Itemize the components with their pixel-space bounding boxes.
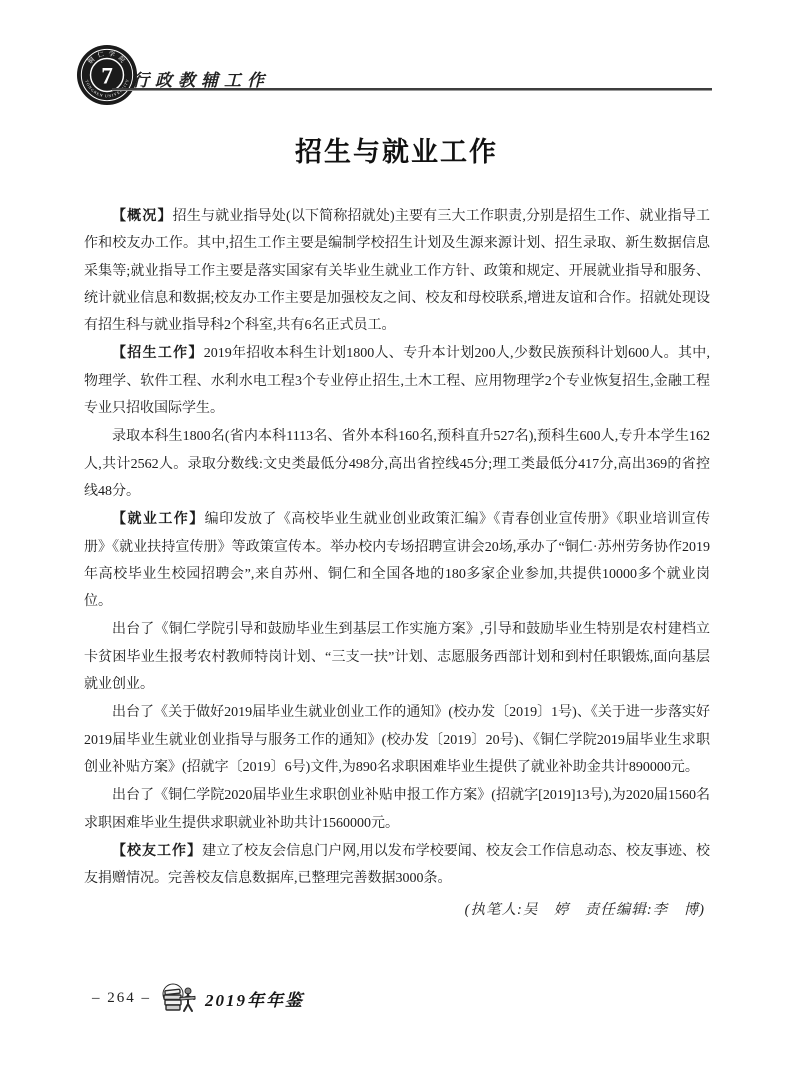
paragraph-2020-subsidy: 出台了《铜仁学院2020届毕业生求职创业补贴申报工作方案》(招就字[2019]1… [84, 781, 710, 837]
paragraph-lead: 【概况】 [112, 207, 173, 223]
paragraph-alumni: 【校友工作】建立了校友会信息门户网,用以发布学校要闻、校友会工作信息动态、校友事… [84, 837, 710, 893]
paragraph-lead: 【校友工作】 [112, 842, 202, 858]
paragraph-admissions: 【招生工作】2019年招收本科生计划1800人、专升本计划200人,少数民族预科… [84, 339, 710, 422]
yearbook-mascot-icon [160, 982, 196, 1014]
paragraph-overview: 【概况】招生与就业指导处(以下简称招就处)主要有三大工作职责,分别是招生工作、就… [84, 202, 710, 339]
paragraph-lead: 【就业工作】 [112, 510, 205, 526]
paragraph-lead: 【招生工作】 [112, 344, 204, 360]
page-title: 招生与就业工作 [0, 130, 793, 169]
paragraph-text: 出台了《铜仁学院2020届毕业生求职创业补贴申报工作方案》(招就字[2019]1… [84, 788, 710, 830]
svg-text:7: 7 [101, 64, 113, 90]
paragraph-employment: 【就业工作】编印发放了《高校毕业生就业创业政策汇编》《青春创业宣传册》《职业培训… [84, 505, 710, 615]
header-rule [112, 88, 712, 91]
paragraph-text: 招生与就业指导处(以下简称招就处)主要有三大工作职责,分别是招生工作、就业指导工… [84, 209, 710, 333]
paragraph-text: 出台了《铜仁学院引导和鼓励毕业生到基层工作实施方案》,引导和鼓励毕业生特别是农村… [84, 622, 710, 692]
paragraph-grassroots-plan: 出台了《铜仁学院引导和鼓励毕业生到基层工作实施方案》,引导和鼓励毕业生特别是农村… [84, 615, 710, 698]
paragraph-enrollment-stats: 录取本科生1800名(省内本科1113名、省外本科160名,预科直升527名),… [84, 422, 710, 505]
paragraph-text: 编印发放了《高校毕业生就业创业政策汇编》《青春创业宣传册》《职业培训宣传册》《就… [84, 512, 710, 609]
document-page: 7 铜仁学院 TONGREN UNIVERSITY 行政教辅工作 招生与就业工作… [0, 0, 793, 1077]
paragraph-text: 出台了《关于做好2019届毕业生就业创业工作的通知》(校办发〔2019〕1号)、… [84, 705, 710, 775]
page-footer: – 264 – 2019年年鉴 [92, 982, 304, 1014]
author-editor-signature: (执笔人:吴 婷 责任编辑:李 博) [465, 898, 705, 919]
page-header: 7 铜仁学院 TONGREN UNIVERSITY 行政教辅工作 [0, 0, 793, 120]
university-seal-icon: 7 铜仁学院 TONGREN UNIVERSITY [76, 44, 138, 106]
yearbook-label: 2019年年鉴 [205, 986, 304, 1011]
paragraph-2019-subsidy: 出台了《关于做好2019届毕业生就业创业工作的通知》(校办发〔2019〕1号)、… [84, 698, 710, 781]
body-text: 【概况】招生与就业指导处(以下简称招就处)主要有三大工作职责,分别是招生工作、就… [84, 202, 710, 892]
paragraph-text: 录取本科生1800名(省内本科1113名、省外本科160名,预科直升527名),… [84, 429, 710, 499]
page-number: – 264 – [92, 990, 151, 1007]
